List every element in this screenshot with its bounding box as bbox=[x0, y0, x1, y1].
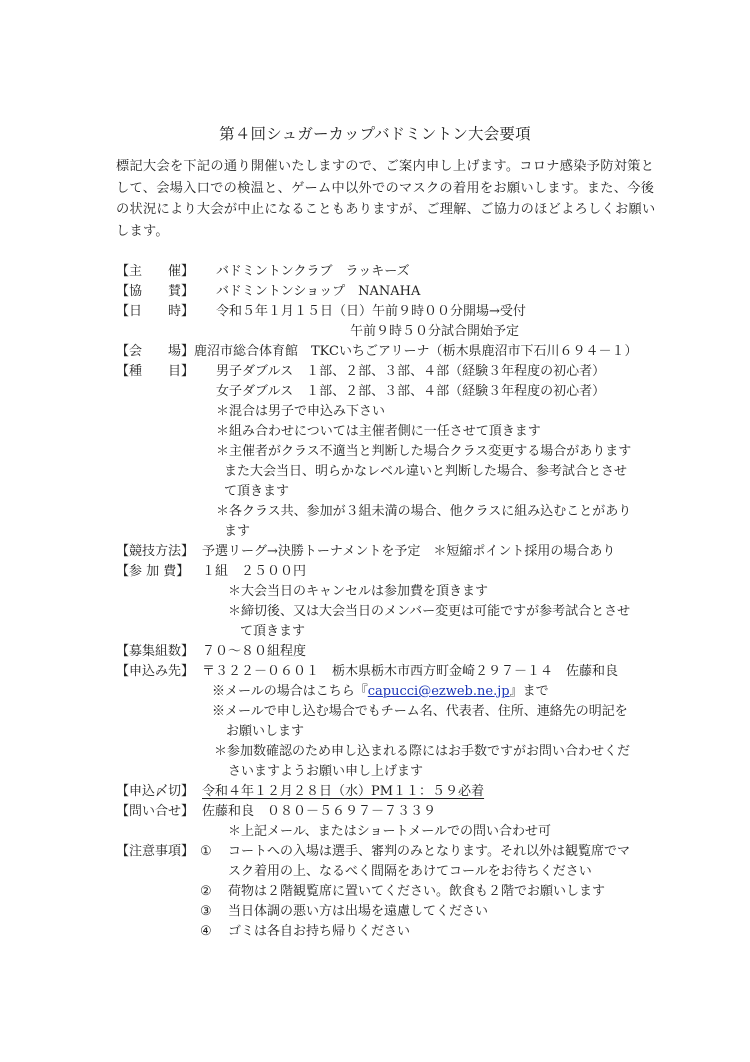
events-line: ＊混合は男子で申込み下さい bbox=[216, 402, 385, 422]
intro-text: 標記大会を下記の通り開催いたしますので、ご案内申し上げます。コロナ感染予防対策と… bbox=[116, 156, 656, 242]
value-fee: １組 ２５００円 bbox=[202, 562, 306, 582]
row-notes-line: ② 荷物は２階観覧席に置いてください。飲食も２階でお願いします bbox=[116, 882, 656, 902]
row-apply-note: ＊参加数確認のため申し込まれる際にはお手数ですがお問い合わせくだ bbox=[116, 742, 656, 762]
row-events-line: また大会当日、明らかなレベル違いと判断した場合、参考試合とさせ bbox=[116, 462, 656, 482]
row-apply-note: お願いします bbox=[116, 722, 656, 742]
label-contact: 【問い合せ】 bbox=[116, 802, 194, 822]
notes-item: 荷物は２階観覧席に置いてください。飲食も２階でお願いします bbox=[228, 882, 605, 902]
value-format: 予選リーグ→決勝トーナメントを予定 ＊短縮ポイント採用の場合あり bbox=[202, 542, 615, 562]
row-contact-note: ＊上記メール、またはショートメールでの問い合わせ可 bbox=[116, 822, 656, 842]
events-line: ＊主催者がクラス不適当と判断した場合クラス変更する場合があります bbox=[216, 442, 631, 462]
notes-item: 当日体調の悪い方は出場を遠慮してください bbox=[228, 902, 488, 922]
row-events-line: ＊混合は男子で申込み下さい bbox=[116, 402, 656, 422]
events-line: ＊組み合わせについては主催者側に一任させて頂きます bbox=[216, 422, 541, 442]
row-datetime-2: 午前９時５０分試合開始予定 bbox=[116, 322, 656, 342]
row-contact: 【問い合せ】 佐藤和良 ０８０－５６９７－７３３９ bbox=[116, 802, 656, 822]
label-venue: 【会 場】 bbox=[116, 342, 194, 362]
label-notes: 【注意事項】 bbox=[116, 842, 194, 862]
fee-note: て頂きます bbox=[240, 622, 305, 642]
row-events-line: ＊組み合わせについては主催者側に一任させて頂きます bbox=[116, 422, 656, 442]
notes-item: スク着用の上、なるべく間隔をあけてコールをお待ちください bbox=[228, 862, 592, 882]
events-line: ＊各クラス共、参加が３組未満の場合、他クラスに組み込むことがあり bbox=[216, 502, 631, 522]
apply-note: ※メールで申し込む場合でもチーム名、代表者、住所、連絡先の明記を bbox=[212, 702, 628, 722]
email-link[interactable]: capucci@ezweb.ne.jp bbox=[368, 684, 510, 699]
row-sponsor: 【協 賛】 バドミントンショップ NANAHA bbox=[116, 282, 656, 302]
row-fee-note: ＊大会当日のキャンセルは参加費を頂きます bbox=[116, 582, 656, 602]
fee-note: ＊締切後、又は大会当日のメンバー変更は可能ですが参考試合とさせ bbox=[228, 602, 630, 622]
intro-paragraph: 標記大会を下記の通り開催いたしますので、ご案内申し上げます。コロナ感染予防対策と… bbox=[116, 156, 656, 242]
value-datetime-line2: 午前９時５０分試合開始予定 bbox=[350, 322, 519, 342]
apply-note: さいますようお願い申し上げます bbox=[228, 762, 423, 782]
label-format: 【競技方法】 bbox=[116, 542, 194, 562]
row-notes-line: ③ 当日体調の悪い方は出場を遠慮してください bbox=[116, 902, 656, 922]
value-organizer: バドミントンクラブ ラッキーズ bbox=[216, 262, 410, 282]
label-events: 【種 目】 bbox=[116, 362, 194, 382]
row-events-line: 女子ダブルス １部、２部、３部、４部（経験３年程度の初心者） bbox=[116, 382, 656, 402]
row-format: 【競技方法】 予選リーグ→決勝トーナメントを予定 ＊短縮ポイント採用の場合あり bbox=[116, 542, 656, 562]
row-capacity: 【募集組数】 ７０～８０組程度 bbox=[116, 642, 656, 662]
value-venue: 鹿沼市総合体育館 TKCいちごアリーナ（栃木県鹿沼市下石川６９４－１） bbox=[194, 342, 637, 362]
row-apply-note: ※メールで申し込む場合でもチーム名、代表者、住所、連絡先の明記を bbox=[116, 702, 656, 722]
contact-note: ＊上記メール、またはショートメールでの問い合わせ可 bbox=[228, 822, 551, 842]
notes-item: コートへの入場は選手、審判のみとなります。それ以外は観覧席でマ bbox=[228, 842, 630, 862]
apply-note: ＊参加数確認のため申し込まれる際にはお手数ですがお問い合わせくだ bbox=[214, 742, 630, 762]
row-organizer: 【主 催】 バドミントンクラブ ラッキーズ bbox=[116, 262, 656, 282]
events-line: また大会当日、明らかなレベル違いと判断した場合、参考試合とさせ bbox=[224, 462, 627, 482]
row-events-line: て頂きます bbox=[116, 482, 656, 502]
row-fee: 【参 加 費】 １組 ２５００円 bbox=[116, 562, 656, 582]
row-events: 【種 目】 男子ダブルス １部、２部、３部、４部（経験３年程度の初心者） bbox=[116, 362, 656, 382]
row-events-line: ます bbox=[116, 522, 656, 542]
row-notes-line: ④ ゴミは各自お持ち帰りください bbox=[116, 922, 656, 942]
value-sponsor: バドミントンショップ NANAHA bbox=[216, 282, 420, 302]
notes-num: ① bbox=[200, 842, 212, 862]
row-deadline: 【申込〆切】 令和４年１２月２８日（水）PM１１：５９必着 bbox=[116, 782, 656, 802]
row-events-line: ＊主催者がクラス不適当と判断した場合クラス変更する場合があります bbox=[116, 442, 656, 462]
row-fee-note: ＊締切後、又は大会当日のメンバー変更は可能ですが参考試合とさせ bbox=[116, 602, 656, 622]
row-apply-note: さいますようお願い申し上げます bbox=[116, 762, 656, 782]
apply-note: お願いします bbox=[226, 722, 304, 742]
row-notes: 【注意事項】 ① コートへの入場は選手、審判のみとなります。それ以外は観覧席でマ bbox=[116, 842, 656, 862]
mail-prefix: ※メールの場合はこちら『 bbox=[212, 684, 368, 699]
label-datetime: 【日 時】 bbox=[116, 302, 194, 322]
label-sponsor: 【協 賛】 bbox=[116, 282, 194, 302]
fee-note: ＊大会当日のキャンセルは参加費を頂きます bbox=[228, 582, 488, 602]
row-venue: 【会 場】 鹿沼市総合体育館 TKCいちごアリーナ（栃木県鹿沼市下石川６９４－１… bbox=[116, 342, 656, 362]
page-title: 第４回シュガーカップバドミントン大会要項 bbox=[0, 122, 750, 144]
row-datetime: 【日 時】 令和５年１月１５日（日）午前９時００分開場→受付 bbox=[116, 302, 656, 322]
notes-num: ② bbox=[200, 882, 212, 902]
row-apply-mail: ※メールの場合はこちら『capucci@ezweb.ne.jp』まで bbox=[116, 682, 656, 702]
row-notes-line: スク着用の上、なるべく間隔をあけてコールをお待ちください bbox=[116, 862, 656, 882]
details-list: 【主 催】 バドミントンクラブ ラッキーズ 【協 賛】 バドミントンショップ N… bbox=[116, 262, 656, 942]
events-line: 女子ダブルス １部、２部、３部、４部（経験３年程度の初心者） bbox=[216, 382, 605, 402]
document-page: 第４回シュガーカップバドミントン大会要項 標記大会を下記の通り開催いたしますので… bbox=[0, 0, 750, 1062]
row-apply-to: 【申込み先】 〒３２２－０６０１ 栃木県栃木市西方町金崎２９７－１４ 佐藤和良 bbox=[116, 662, 656, 682]
mail-suffix: 』まで bbox=[510, 684, 549, 699]
value-contact: 佐藤和良 ０８０－５６９７－７３３９ bbox=[202, 802, 436, 822]
label-deadline: 【申込〆切】 bbox=[116, 782, 194, 802]
label-apply-to: 【申込み先】 bbox=[116, 662, 194, 682]
notes-num: ④ bbox=[200, 922, 212, 942]
value-datetime-line1: 令和５年１月１５日（日）午前９時００分開場→受付 bbox=[216, 302, 526, 322]
value-apply-to: 〒３２２－０６０１ 栃木県栃木市西方町金崎２９７－１４ 佐藤和良 bbox=[202, 662, 618, 682]
value-deadline: 令和４年１２月２８日（水）PM１１：５９必着 bbox=[202, 782, 484, 802]
notes-num: ③ bbox=[200, 902, 212, 922]
notes-item: ゴミは各自お持ち帰りください bbox=[228, 922, 410, 942]
events-line: ます bbox=[224, 522, 250, 542]
row-events-line: ＊各クラス共、参加が３組未満の場合、他クラスに組み込むことがあり bbox=[116, 502, 656, 522]
events-line: 男子ダブルス １部、２部、３部、４部（経験３年程度の初心者） bbox=[216, 362, 605, 382]
value-capacity: ７０～８０組程度 bbox=[202, 642, 306, 662]
row-fee-note: て頂きます bbox=[116, 622, 656, 642]
label-capacity: 【募集組数】 bbox=[116, 642, 194, 662]
apply-mail-line: ※メールの場合はこちら『capucci@ezweb.ne.jp』まで bbox=[212, 682, 549, 702]
events-line: て頂きます bbox=[224, 482, 289, 502]
label-organizer: 【主 催】 bbox=[116, 262, 194, 282]
label-fee: 【参 加 費】 bbox=[116, 562, 189, 582]
